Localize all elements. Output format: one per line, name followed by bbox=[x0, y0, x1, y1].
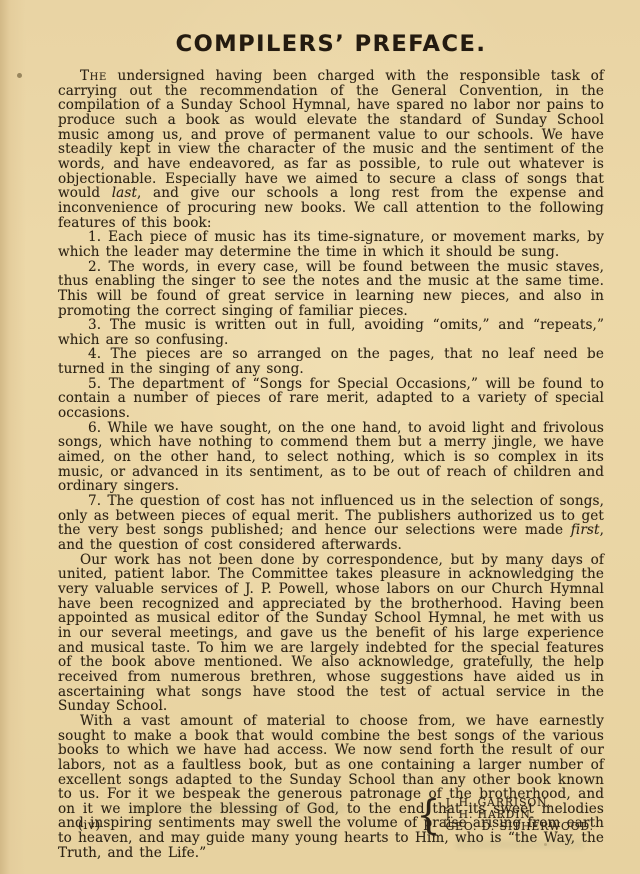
lead-word-smallcaps: The bbox=[80, 68, 107, 84]
page-title: COMPILERS’ PREFACE. bbox=[56, 31, 606, 57]
feature-item-4: 4. The pieces are so arranged on the pag… bbox=[58, 347, 604, 376]
paper-speck bbox=[544, 843, 547, 846]
paper-speck bbox=[344, 646, 348, 649]
feature-item-5: 5. The department of “Songs for Special … bbox=[58, 377, 604, 421]
page-number: (iv) bbox=[78, 817, 101, 832]
paper-speck bbox=[17, 73, 22, 78]
scanned-book-page: COMPILERS’ PREFACE. The undersigned havi… bbox=[0, 0, 640, 874]
feature-item-7: 7. The question of cost has not influenc… bbox=[58, 494, 604, 553]
italic-word: last bbox=[112, 185, 137, 201]
text-segment: 7. The question of cost has not influenc… bbox=[58, 493, 604, 538]
signature-block: { J. H. GARRISON. J. H. HARDIN. GEO. D. … bbox=[416, 797, 594, 833]
signature-brace: { bbox=[416, 796, 440, 834]
signature-names: J. H. GARRISON. J. H. HARDIN. GEO. D. SI… bbox=[446, 797, 594, 832]
paragraph-closing: With a vast amount of material to choose… bbox=[58, 714, 604, 861]
text-segment: undersigned having been charged with the… bbox=[58, 68, 604, 201]
bleed-through-smudge bbox=[135, 802, 345, 813]
italic-word: first bbox=[571, 522, 600, 538]
paragraph-committee: Our work has not been done by correspond… bbox=[58, 553, 604, 714]
feature-item-1: 1. Each piece of music has its time-sign… bbox=[58, 230, 604, 259]
signature-name-sitherwood: GEO. D. SITHERWOOD. bbox=[446, 821, 594, 833]
feature-item-3: 3. The music is written out in full, avo… bbox=[58, 318, 604, 347]
feature-item-2: 2. The words, in every case, will be fou… bbox=[58, 260, 604, 319]
paper-speck bbox=[139, 806, 142, 809]
feature-item-6: 6. While we have sought, on the one hand… bbox=[58, 421, 604, 494]
bleed-through-smudge bbox=[455, 840, 585, 849]
paragraph-opening: The undersigned having been charged with… bbox=[58, 69, 604, 230]
preface-body: The undersigned having been charged with… bbox=[58, 69, 604, 860]
text-segment: , and give our schools a long rest from … bbox=[58, 185, 604, 230]
